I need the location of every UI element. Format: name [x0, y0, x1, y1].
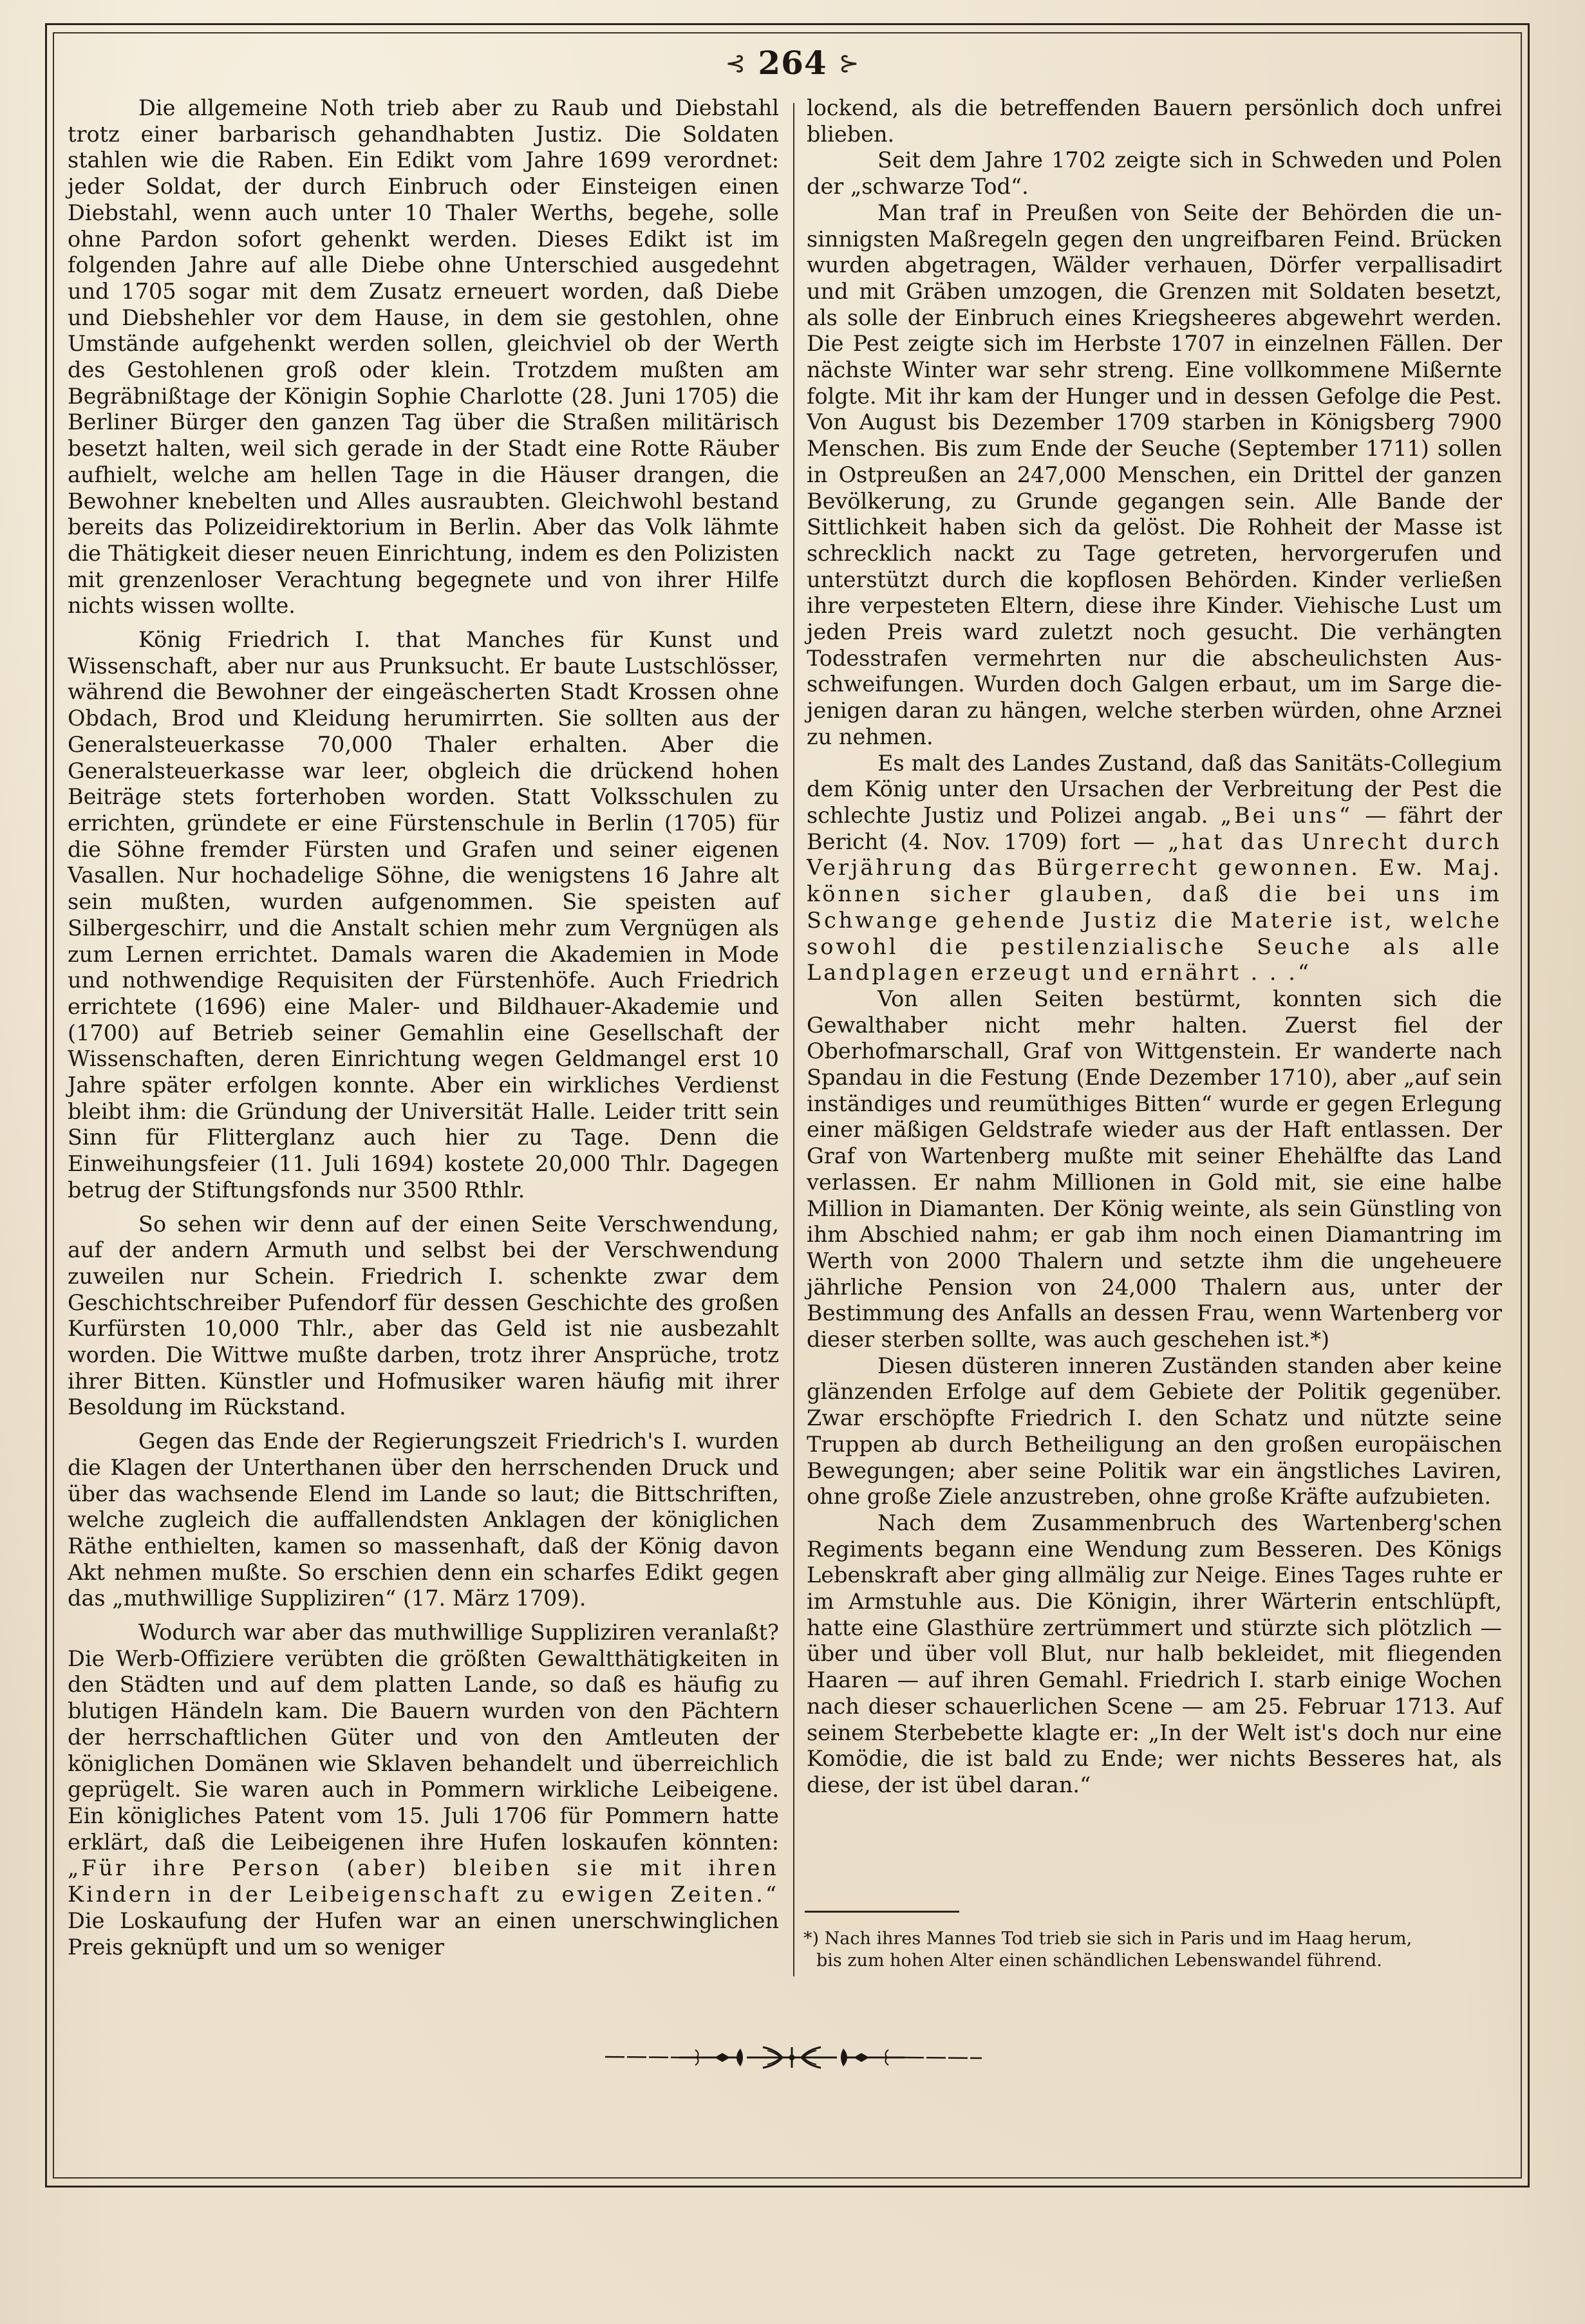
paragraph: Man traf in Preußen von Seite der Behörd…: [807, 200, 1502, 751]
footnote-marker: *): [803, 1929, 819, 1949]
footnote: *) Nach ihres Mannes Tod trieb sie sich …: [803, 1928, 1505, 1972]
decorative-divider-ornament-icon: [579, 2041, 1004, 2073]
paragraph: Nach dem Zusammenbruch des Wartenberg'sc…: [807, 1510, 1502, 1799]
left-column: Die allgemeine Noth trieb aber zu Raub u…: [68, 95, 779, 1960]
footnote-line-2: bis zum hohen Alter einen schändlichen L…: [803, 1950, 1505, 1972]
paragraph: König Friedrich I. that Manches für Kuns…: [68, 627, 779, 1203]
footnote-rule: [805, 1911, 959, 1913]
footnote-line-1: Nach ihres Mannes Tod trieb sie sich in …: [825, 1929, 1412, 1949]
paragraph: Gegen das Ende der Regierungszeit Friedr…: [68, 1429, 779, 1612]
page-header: ⊰264⊱: [0, 44, 1585, 82]
paragraph: Von allen Seiten bestürmt, konnten sich …: [807, 986, 1502, 1353]
column-divider: [793, 103, 794, 1976]
paragraph-continuation: lockend, als die betreffenden Bauern per…: [807, 95, 1502, 147]
page-number: 264: [758, 44, 827, 82]
paragraph: So sehen wir denn auf der einen Seite Ve…: [68, 1212, 779, 1421]
quoted-decree: „Für ihre Person (aber) bleiben sie mit …: [68, 1855, 779, 1907]
right-flourish-icon: ⊱: [839, 49, 860, 77]
paragraph: Diesen düsteren inneren Zuständen stande…: [807, 1353, 1502, 1510]
paragraph-text: Nach dem Zusammenbruch des Wartenberg'sc…: [807, 1510, 1502, 1745]
left-flourish-icon: ⊰: [725, 49, 746, 77]
paragraph: Seit dem Jahre 1702 zeigte sich in Schwe…: [807, 147, 1502, 200]
paragraph-text: Die Loskaufung der Hufen war an einen un…: [68, 1908, 779, 1960]
paragraph-text: Wodurch war aber das muthwillige Suppliz…: [68, 1620, 779, 1855]
paragraph: Es malt des Landes Zustand, daß das Sani…: [807, 751, 1502, 986]
paragraph: Wodurch war aber das muthwillige Suppliz…: [68, 1620, 779, 1960]
paragraph: Die allgemeine Noth trieb aber zu Raub u…: [68, 95, 779, 619]
quoted-report: „Bei uns“: [1221, 803, 1353, 828]
right-column: lockend, als die betreffenden Bauern per…: [807, 95, 1502, 1799]
